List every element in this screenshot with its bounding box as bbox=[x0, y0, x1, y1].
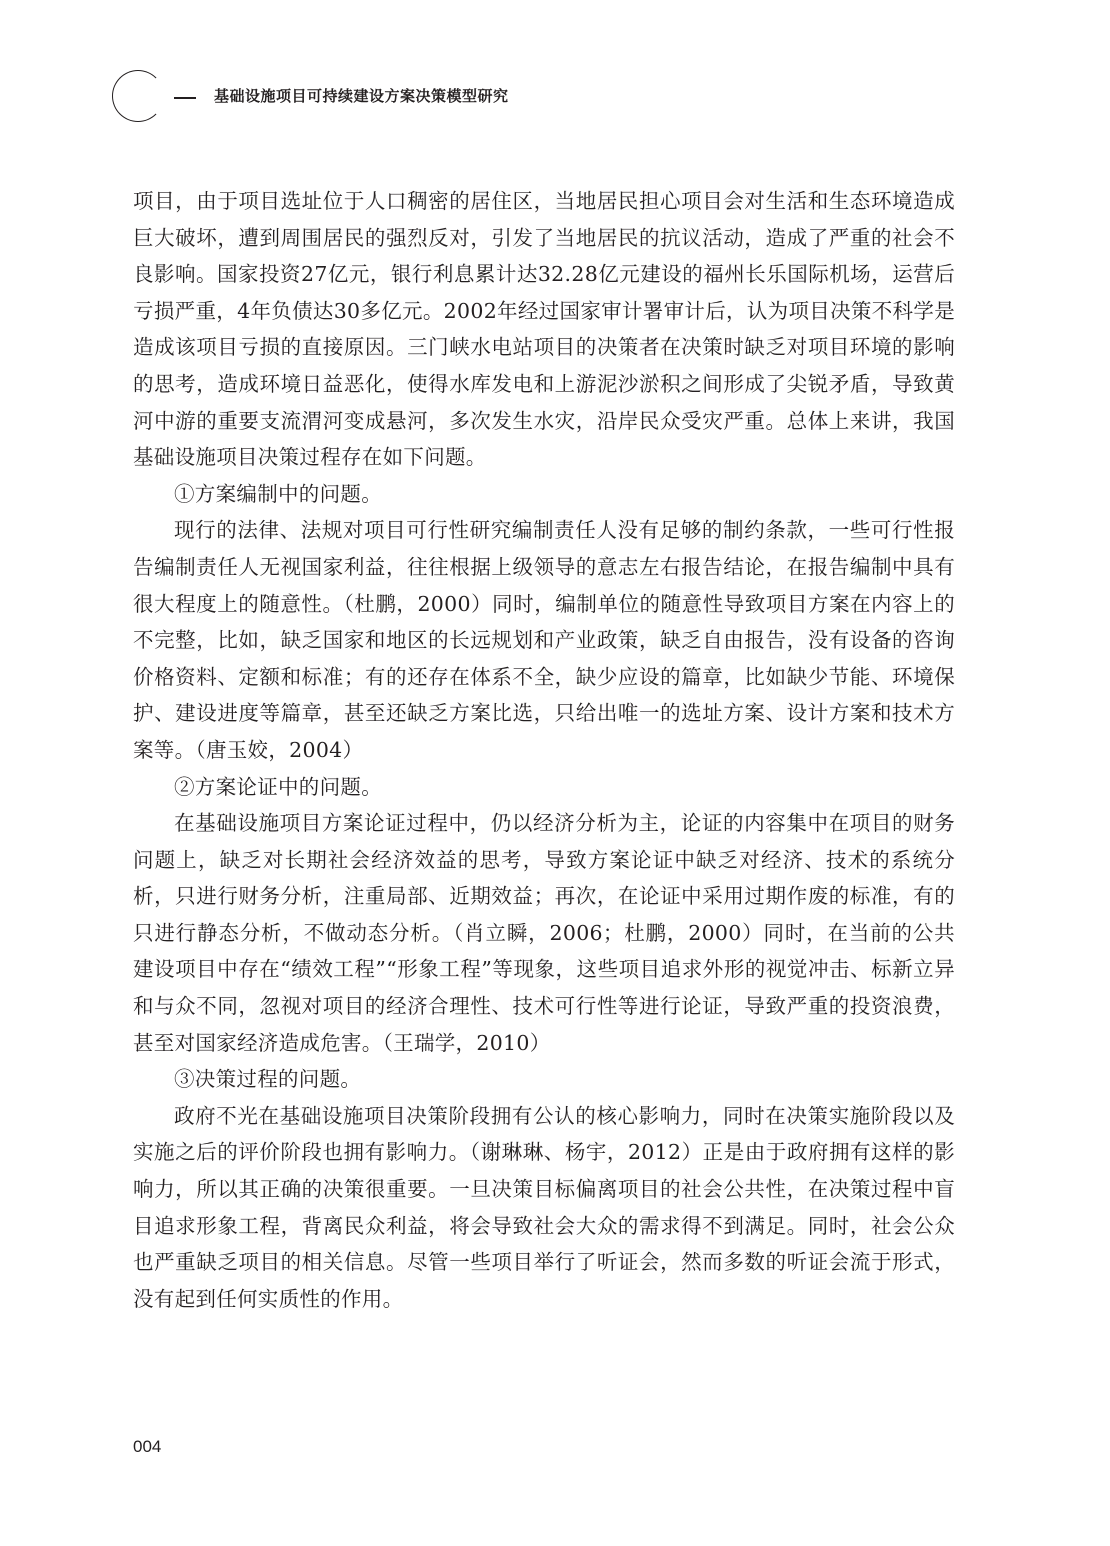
header-arc-ornament bbox=[112, 70, 164, 122]
section-heading-plan-demonstration: ②方案论证中的问题。 bbox=[133, 769, 955, 806]
body-text: 项目，由于项目选址位于人口稠密的居住区，当地居民担心项目会对生活和生态环境造成巨… bbox=[133, 183, 955, 1317]
paragraph-continuation: 项目，由于项目选址位于人口稠密的居住区，当地居民担心项目会对生活和生态环境造成巨… bbox=[133, 183, 955, 476]
running-header: 基础设施项目可持续建设方案决策模型研究 bbox=[112, 70, 712, 126]
paragraph-plan-demonstration: 在基础设施项目方案论证过程中，仍以经济分析为主，论证的内容集中在项目的财务问题上… bbox=[133, 805, 955, 1061]
header-dash-ornament bbox=[174, 97, 196, 99]
paragraph-decision-process: 政府不光在基础设施项目决策阶段拥有公认的核心影响力，同时在决策实施阶段以及实施之… bbox=[133, 1098, 955, 1318]
section-heading-plan-compilation: ①方案编制中的问题。 bbox=[133, 476, 955, 513]
section-heading-decision-process: ③决策过程的问题。 bbox=[133, 1061, 955, 1098]
running-title: 基础设施项目可持续建设方案决策模型研究 bbox=[214, 85, 509, 106]
page-number: 004 bbox=[133, 1437, 161, 1457]
paragraph-plan-compilation: 现行的法律、法规对项目可行性研究编制责任人没有足够的制约条款，一些可行性报告编制… bbox=[133, 512, 955, 768]
